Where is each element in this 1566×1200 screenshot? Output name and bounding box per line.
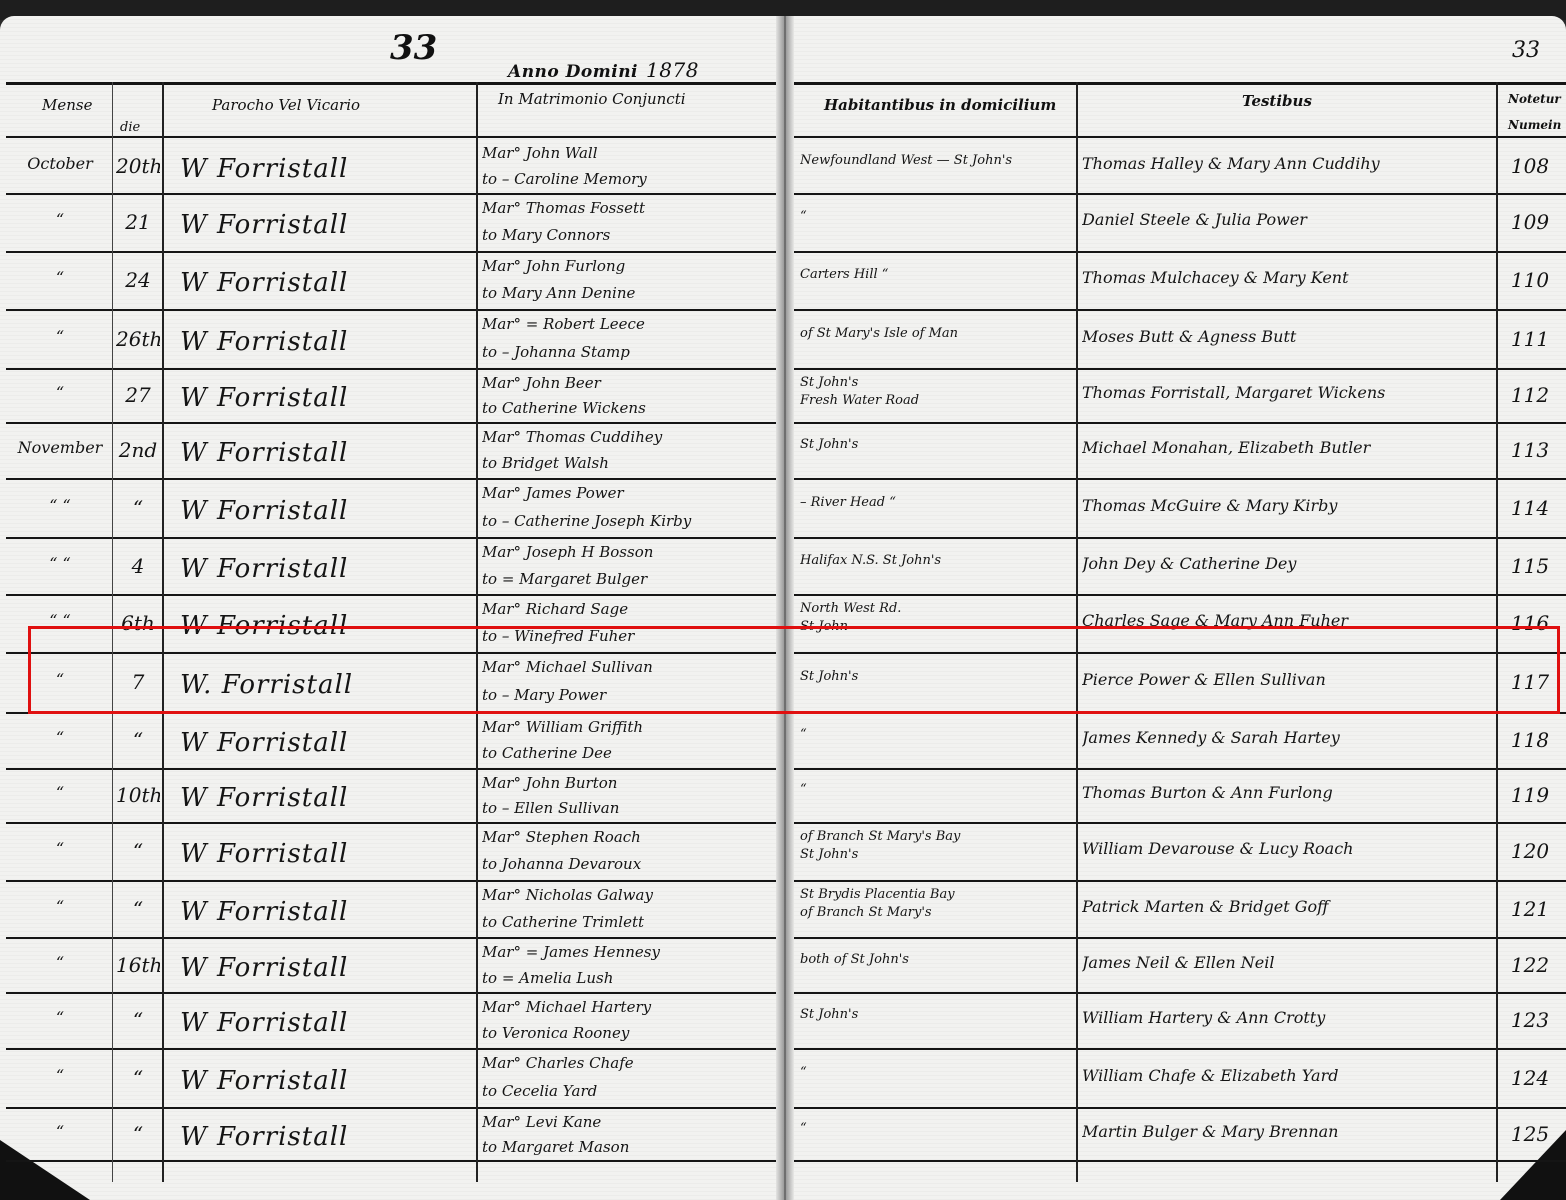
row-rule [6,422,776,424]
record-day: 10th [116,783,160,807]
record-witnesses: Patrick Marten & Bridget Goff [1082,897,1492,916]
record-witnesses: Thomas McGuire & Mary Kirby [1082,496,1492,515]
row-rule [6,822,776,824]
row-rule [6,537,776,539]
record-day: 26th [116,327,160,351]
row-rule [6,1160,776,1162]
record-number: 118 [1500,728,1560,752]
header-month: Mense [42,96,92,114]
record-day: 20th [116,154,160,178]
header-bottom-rule [794,136,1566,138]
row-rule [6,652,776,654]
record-residence: Halifax N.S. St John's [800,552,1070,570]
record-day: 27 [116,383,160,407]
record-residence: North West Rd. St John [800,600,1070,636]
record-day: “ [116,897,160,921]
record-priest: W Forristall [180,839,470,869]
header-top-rule [794,82,1566,85]
row-rule [6,594,776,596]
record-day: 6th [116,611,160,635]
record-month: “ [10,383,110,402]
row-rule [6,309,776,311]
record-number: 123 [1500,1008,1560,1032]
record-number: 116 [1500,611,1560,635]
record-month: “ [10,268,110,287]
record-priest: W Forristall [180,1122,470,1152]
record-residence: “ [800,1064,1070,1082]
record-priest: W Forristall [180,327,470,357]
header-number-line2: Numein [1508,118,1561,132]
row-rule [794,193,1566,195]
header-couple: In Matrimonio Conjuncti [498,90,686,108]
record-residence: – River Head “ [800,494,1070,512]
row-rule [794,1107,1566,1109]
record-bride: to – Ellen Sullivan [482,797,772,819]
row-rule [794,251,1566,253]
row-rule [6,478,776,480]
record-groom: Mar° John Burton [482,772,772,794]
column-divider [162,82,164,1182]
record-day: “ [116,1008,160,1032]
record-priest: W Forristall [180,496,470,526]
register-book-spread: 33 33 Anno Domini1878 Mense die Parocho … [0,0,1566,1200]
record-month: November [10,438,110,457]
row-rule [794,537,1566,539]
record-residence: St John's [800,1006,1070,1024]
record-groom: Mar° John Beer [482,372,772,394]
record-day: “ [116,728,160,752]
record-priest: W Forristall [180,897,470,927]
record-residence: of St Mary's Isle of Man [800,325,1070,343]
row-rule [794,368,1566,370]
record-groom: Mar° John Furlong [482,255,772,277]
record-day: 16th [116,953,160,977]
right-page-number: 33 [1512,38,1540,63]
record-priest: W Forristall [180,1008,470,1038]
book-gutter [776,16,794,1200]
record-priest: W Forristall [180,953,470,983]
record-groom: Mar° James Power [482,482,772,504]
record-priest: W Forristall [180,783,470,813]
record-number: 109 [1500,210,1560,234]
anno-domini-heading: Anno Domini1878 [508,58,699,82]
record-witnesses: James Neil & Ellen Neil [1082,953,1492,972]
row-rule [794,768,1566,770]
record-witnesses: Martin Bulger & Mary Brennan [1082,1122,1492,1141]
record-number: 117 [1500,670,1560,694]
header-day: die [120,120,140,135]
record-witnesses: Thomas Mulchacey & Mary Kent [1082,268,1492,287]
header-priest: Parocho Vel Vicario [212,96,360,114]
record-month: “ [10,210,110,229]
record-bride: to Catherine Trimlett [482,911,772,933]
record-month: “ [10,839,110,858]
anno-domini-label: Anno Domini [508,62,638,82]
record-residence: Carters Hill “ [800,266,1070,284]
record-residence: “ [800,726,1070,744]
record-residence: St John's [800,668,1070,686]
record-groom: Mar° Nicholas Galway [482,884,772,906]
record-bride: to – Caroline Memory [482,168,772,190]
header-top-rule [6,82,776,85]
record-bride: to = Margaret Bulger [482,568,772,590]
row-rule [794,712,1566,714]
record-priest: W Forristall [180,611,470,641]
record-bride: to Mary Connors [482,224,772,246]
record-priest: W Forristall [180,728,470,758]
record-witnesses: Thomas Halley & Mary Ann Cuddihy [1082,154,1492,173]
header-number-line1: Notetur [1508,92,1561,106]
record-month: “ [10,783,110,802]
record-witnesses: William Hartery & Ann Crotty [1082,1008,1492,1027]
record-witnesses: William Chafe & Elizabeth Yard [1082,1066,1492,1085]
record-priest: W Forristall [180,554,470,584]
record-month: “ [10,728,110,747]
record-bride: to – Catherine Joseph Kirby [482,510,772,532]
record-bride: to Johanna Devaroux [482,853,772,875]
record-residence: Newfoundland West — St John's [800,152,1070,170]
record-number: 112 [1500,383,1560,407]
record-month: October [10,154,110,173]
row-rule [794,1160,1566,1162]
record-bride: to – Winefred Fuher [482,625,772,647]
row-rule [6,193,776,195]
record-groom: Mar° Michael Sullivan [482,656,772,678]
record-groom: Mar° William Griffith [482,716,772,738]
row-rule [794,594,1566,596]
record-witnesses: Moses Butt & Agness Butt [1082,327,1492,346]
record-bride: to = Amelia Lush [482,967,772,989]
record-bride: to Bridget Walsh [482,452,772,474]
record-bride: to – Johanna Stamp [482,341,772,363]
record-groom: Mar° Joseph H Bosson [482,541,772,563]
record-number: 114 [1500,496,1560,520]
record-number: 115 [1500,554,1560,578]
left-page-number: 33 [390,28,437,68]
record-number: 121 [1500,897,1560,921]
record-groom: Mar° Charles Chafe [482,1052,772,1074]
record-day: “ [116,496,160,520]
row-rule [794,478,1566,480]
record-groom: Mar° Stephen Roach [482,826,772,848]
record-bride: to – Mary Power [482,684,772,706]
column-divider [476,82,478,1182]
row-rule [794,1048,1566,1050]
record-residence: St John's [800,436,1070,454]
record-residence: “ [800,781,1070,799]
record-month: “ [10,1066,110,1085]
record-groom: Mar° Thomas Cuddihey [482,426,772,448]
row-rule [794,822,1566,824]
record-groom: Mar° Michael Hartery [482,996,772,1018]
record-month: “ [10,1122,110,1141]
record-month: “ [10,670,110,689]
record-number: 113 [1500,438,1560,462]
record-month: “ [10,897,110,916]
record-number: 120 [1500,839,1560,863]
record-bride: to Catherine Dee [482,742,772,764]
row-rule [794,992,1566,994]
header-residence: Habitantibus in domicilium [824,96,1056,114]
record-bride: to Veronica Rooney [482,1022,772,1044]
record-priest: W Forristall [180,438,470,468]
row-rule [6,712,776,714]
record-month: “ [10,327,110,346]
record-priest: W Forristall [180,154,470,184]
record-bride: to Mary Ann Denine [482,282,772,304]
record-priest: W Forristall [180,268,470,298]
record-witnesses: James Kennedy & Sarah Hartey [1082,728,1492,747]
record-residence: both of St John's [800,951,1070,969]
record-number: 124 [1500,1066,1560,1090]
record-bride: to Cecelia Yard [482,1080,772,1102]
column-divider [1496,82,1498,1182]
record-priest: W. Forristall [180,670,470,700]
record-groom: Mar° = Robert Leece [482,313,772,335]
record-number: 111 [1500,327,1560,351]
record-witnesses: William Devarouse & Lucy Roach [1082,839,1492,858]
record-witnesses: Michael Monahan, Elizabeth Butler [1082,438,1492,457]
record-month: “ [10,953,110,972]
record-groom: Mar° Levi Kane [482,1111,772,1133]
record-day: 24 [116,268,160,292]
record-number: 110 [1500,268,1560,292]
record-day: “ [116,839,160,863]
row-rule [6,1107,776,1109]
record-groom: Mar° = James Hennesy [482,941,772,963]
row-rule [6,251,776,253]
record-month: “ [10,1008,110,1027]
row-rule [794,652,1566,654]
record-groom: Mar° Richard Sage [482,598,772,620]
row-rule [6,992,776,994]
record-day: 7 [116,670,160,694]
column-divider [112,82,113,1182]
record-witnesses: Charles Sage & Mary Ann Fuher [1082,611,1492,630]
year: 1878 [646,58,699,82]
row-rule [794,422,1566,424]
record-groom: Mar° Thomas Fossett [482,197,772,219]
row-rule [6,937,776,939]
row-rule [6,368,776,370]
record-bride: to Margaret Mason [482,1136,772,1158]
record-witnesses: John Dey & Catherine Dey [1082,554,1492,573]
record-day: “ [116,1122,160,1146]
row-rule [794,309,1566,311]
record-month: “ “ [10,611,110,630]
record-residence: “ [800,1120,1070,1138]
record-month: “ “ [10,554,110,573]
record-witnesses: Pierce Power & Ellen Sullivan [1082,670,1492,689]
record-day: 21 [116,210,160,234]
record-priest: W Forristall [180,210,470,240]
record-groom: Mar° John Wall [482,142,772,164]
row-rule [6,1048,776,1050]
record-day: 2nd [116,438,160,462]
record-priest: W Forristall [180,1066,470,1096]
column-divider [1076,82,1078,1182]
record-priest: W Forristall [180,383,470,413]
header-bottom-rule [6,136,776,138]
record-witnesses: Daniel Steele & Julia Power [1082,210,1492,229]
record-witnesses: Thomas Forristall, Margaret Wickens [1082,383,1492,402]
record-residence: St Brydis Placentia Bay of Branch St Mar… [800,886,1070,922]
row-rule [794,937,1566,939]
record-witnesses: Thomas Burton & Ann Furlong [1082,783,1492,802]
record-number: 125 [1500,1122,1560,1146]
record-number: 108 [1500,154,1560,178]
record-month: “ “ [10,496,110,515]
record-residence: St John's Fresh Water Road [800,374,1070,410]
record-day: 4 [116,554,160,578]
record-number: 122 [1500,953,1560,977]
record-number: 119 [1500,783,1560,807]
row-rule [794,880,1566,882]
header-witnesses: Testibus [1242,92,1312,110]
record-residence: of Branch St Mary's Bay St John's [800,828,1070,864]
record-residence: “ [800,208,1070,226]
row-rule [6,880,776,882]
row-rule [6,768,776,770]
record-bride: to Catherine Wickens [482,397,772,419]
record-day: “ [116,1066,160,1090]
